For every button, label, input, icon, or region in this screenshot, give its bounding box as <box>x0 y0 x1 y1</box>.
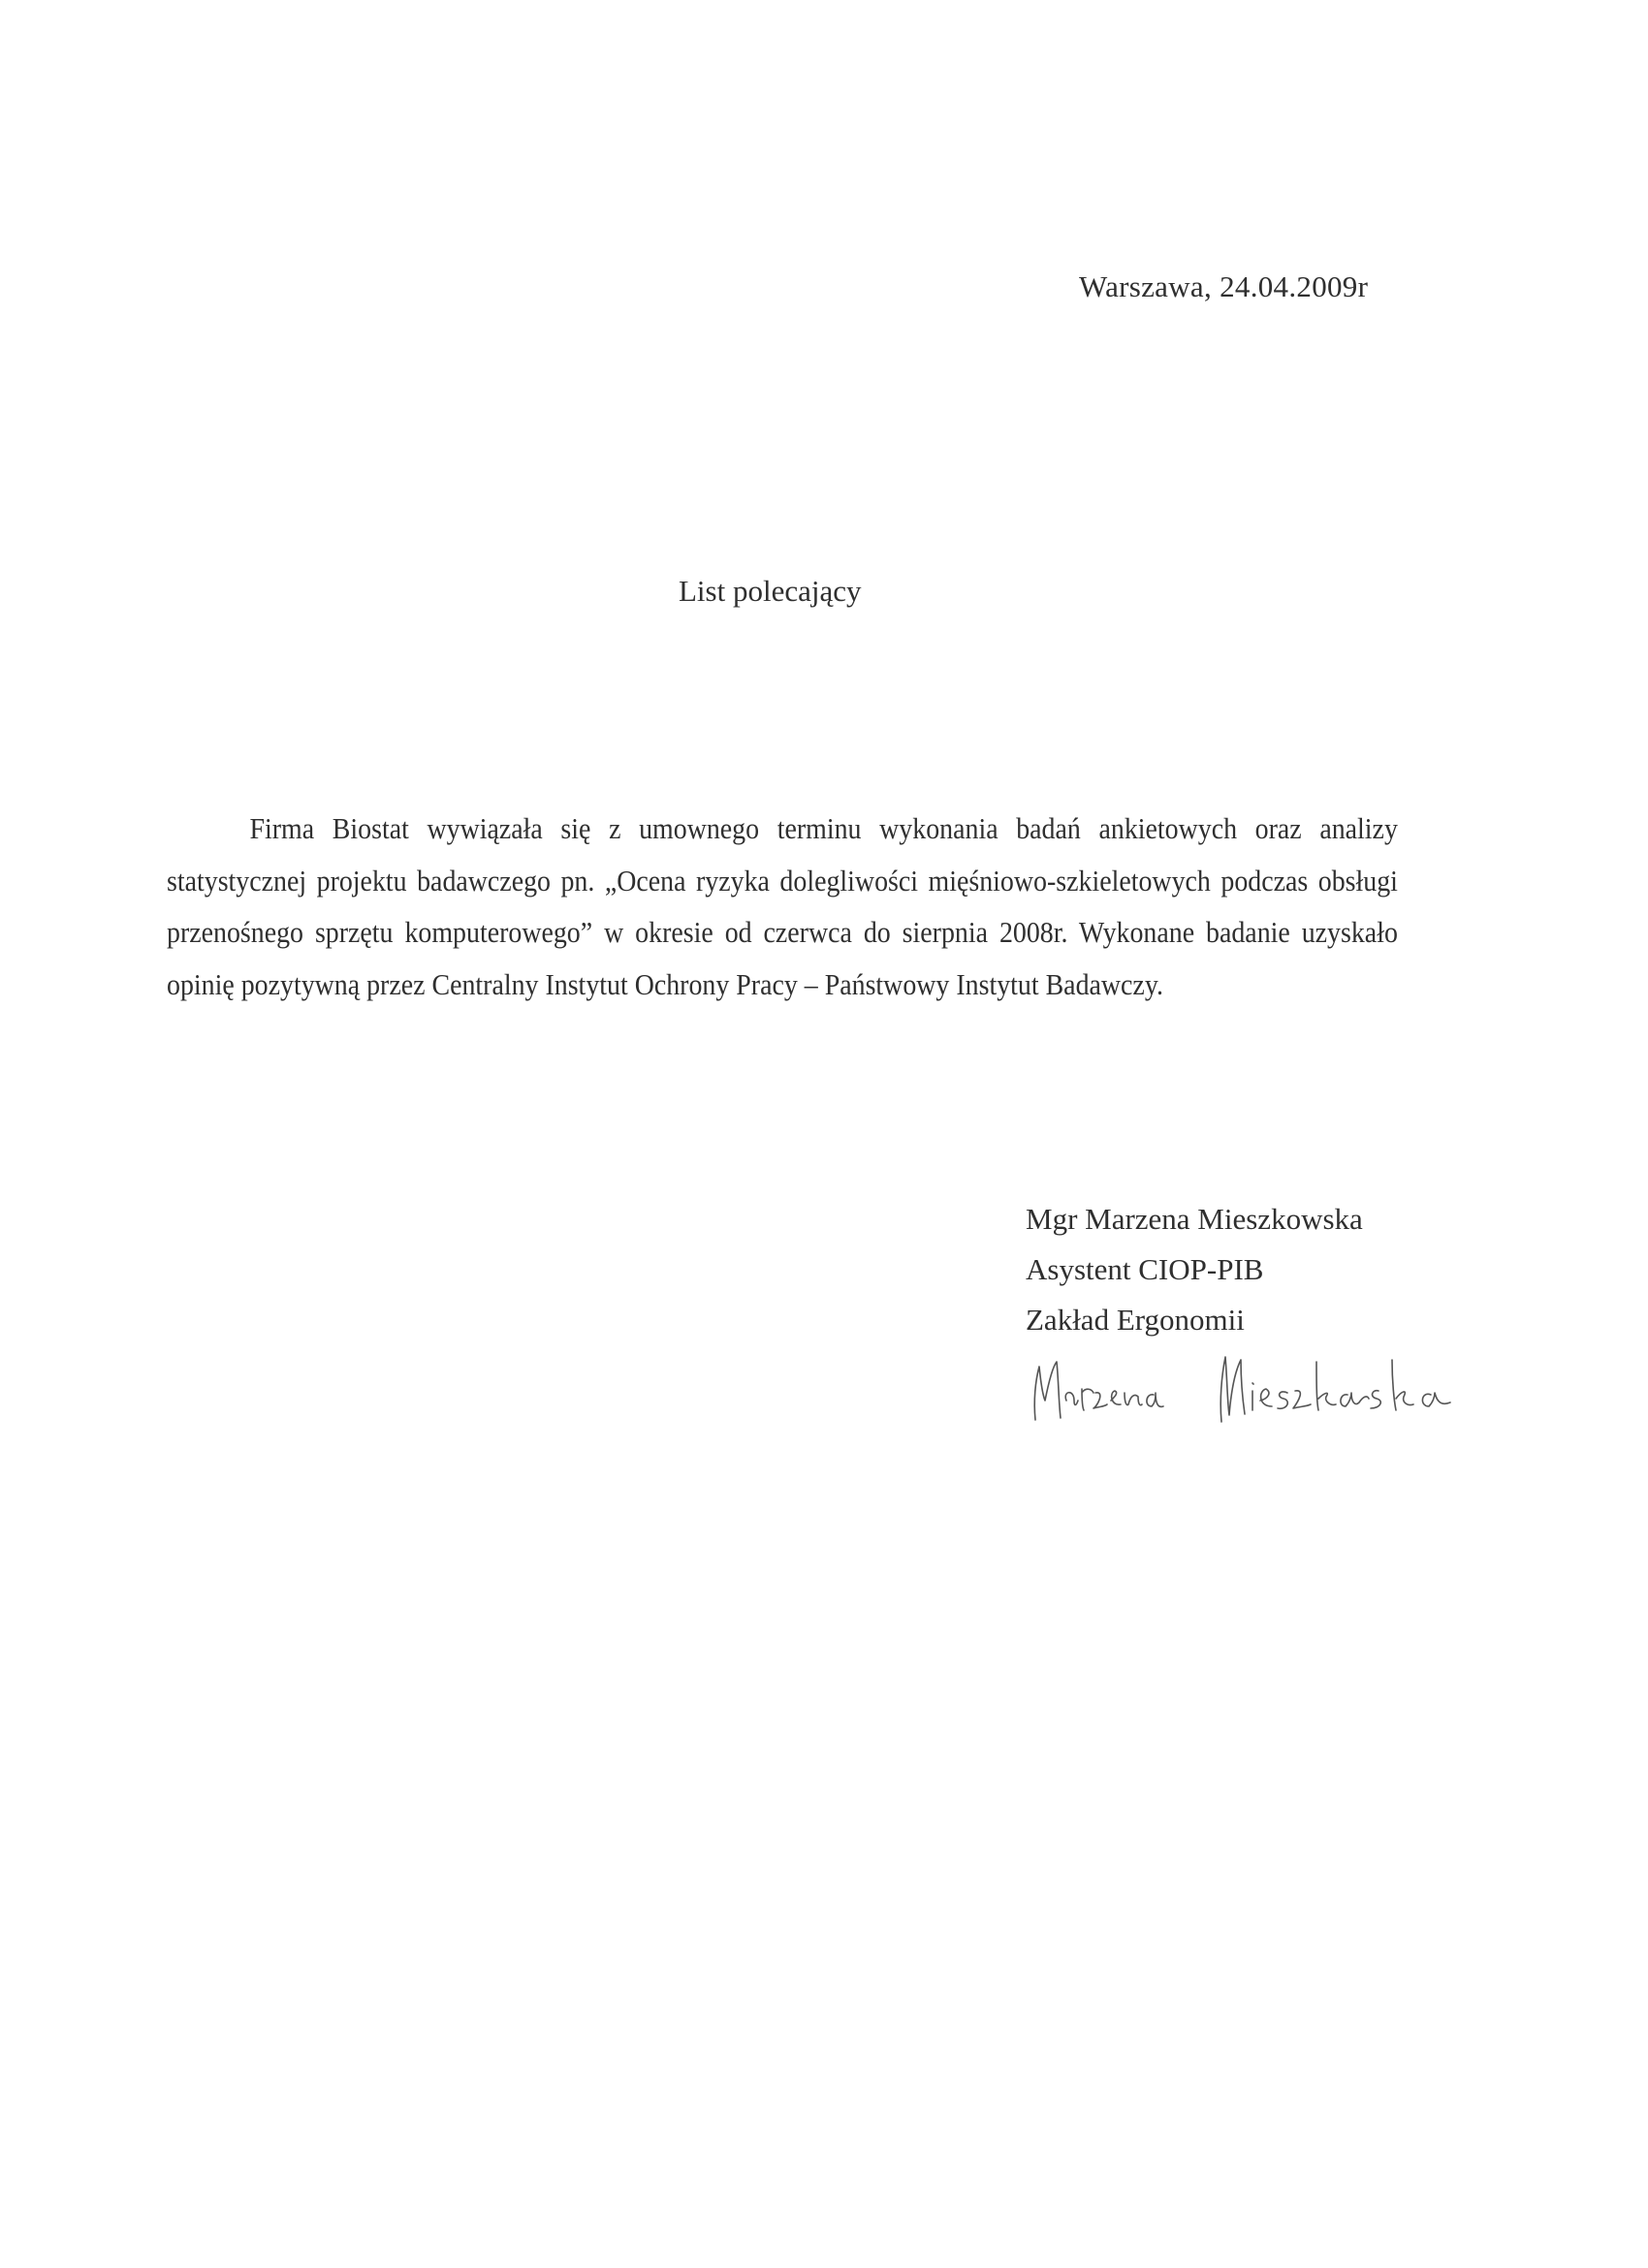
signature-block: Mgr Marzena Mieszkowska Asystent CIOP-PI… <box>1026 1194 1363 1345</box>
letter-body: Firma Biostat wywiązała się z umownego t… <box>167 803 1398 1010</box>
letter-title: List polecający <box>679 574 862 609</box>
place-and-date: Warszawa, 24.04.2009r <box>1079 269 1368 304</box>
handwritten-signature-icon <box>1028 1342 1532 1430</box>
signatory-name: Mgr Marzena Mieszkowska <box>1026 1194 1363 1244</box>
body-paragraph: Firma Biostat wywiązała się z umownego t… <box>167 803 1398 1010</box>
signatory-position: Asystent CIOP-PIB <box>1026 1244 1363 1295</box>
signatory-department: Zakład Ergonomii <box>1026 1295 1363 1345</box>
